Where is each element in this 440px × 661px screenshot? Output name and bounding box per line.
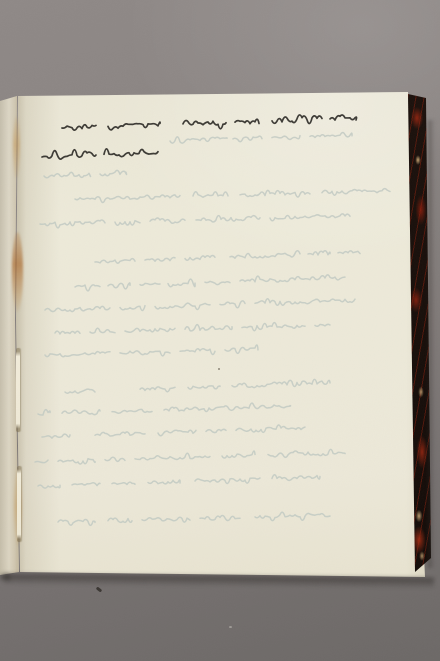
- faint-handwriting-stroke: [120, 306, 145, 311]
- faint-handwriting-stroke: [135, 453, 210, 460]
- faint-handwriting-stroke: [206, 429, 226, 432]
- faint-handwriting-stroke: [42, 434, 70, 438]
- faint-handwriting-stroke: [255, 512, 330, 520]
- faint-handwriting-stroke: [272, 475, 320, 481]
- faint-handwriting-stroke: [242, 323, 305, 331]
- faint-handwriting-stroke: [230, 251, 300, 258]
- faint-handwriting-stroke: [95, 432, 145, 436]
- faint-handwriting-stroke: [45, 352, 110, 357]
- faint-handwriting-stroke: [45, 306, 110, 311]
- faint-handwriting-stroke: [65, 389, 95, 393]
- faint-handwriting-stroke: [44, 172, 91, 177]
- faint-handwriting-stroke: [95, 259, 135, 264]
- faint-handwriting-stroke: [142, 517, 190, 522]
- dust-speck-light: [229, 626, 232, 628]
- ink-handwriting-stroke: [183, 121, 226, 129]
- faint-handwriting-stroke: [38, 410, 50, 415]
- ink-handwriting-stroke: [272, 115, 322, 124]
- ink-handwriting-stroke: [108, 122, 160, 130]
- faint-handwriting-stroke: [236, 425, 305, 432]
- faint-handwriting-stroke: [310, 133, 352, 138]
- faint-handwriting-stroke: [220, 301, 245, 308]
- faint-handwriting-stroke: [170, 137, 227, 143]
- faint-handwriting-stroke: [35, 460, 48, 463]
- faint-handwriting-stroke: [315, 324, 330, 326]
- faint-handwriting-stroke: [115, 221, 140, 226]
- faint-handwriting-stroke: [112, 482, 135, 484]
- faint-handwriting-stroke: [232, 379, 330, 387]
- faint-handwriting-stroke: [308, 251, 330, 255]
- faint-handwriting-stroke: [222, 451, 255, 458]
- faint-handwriting-stroke: [180, 349, 215, 355]
- faint-handwriting-stroke: [112, 409, 152, 413]
- faint-handwriting-stroke: [158, 430, 196, 436]
- faint-handwriting-stroke: [40, 220, 105, 228]
- faint-handwriting-stroke: [272, 136, 300, 140]
- faint-handwriting-stroke: [58, 520, 95, 526]
- ink-handwriting-stroke: [235, 119, 259, 123]
- faint-handwriting-stroke: [164, 403, 291, 411]
- faint-handwriting-stroke: [200, 516, 240, 521]
- faint-handwriting-stroke: [240, 275, 345, 282]
- faint-handwriting-stroke: [90, 328, 115, 333]
- faint-handwriting-stroke: [75, 195, 180, 203]
- faint-handwriting-stroke: [140, 387, 175, 392]
- ink-handwriting-stroke: [42, 150, 96, 159]
- faint-handwriting-stroke: [120, 351, 170, 356]
- faint-handwriting-stroke: [38, 485, 60, 488]
- faint-handwriting-stroke: [255, 299, 355, 305]
- page-left-corner-shadow: [0, 574, 10, 580]
- handwriting-layer: [0, 0, 440, 661]
- faint-handwriting-stroke: [105, 457, 125, 461]
- faint-handwriting-stroke: [108, 283, 130, 289]
- faint-handwriting-stroke: [55, 331, 80, 334]
- dust-speck-on-page: [218, 368, 220, 370]
- faint-handwriting-stroke: [205, 281, 230, 284]
- faint-handwriting-stroke: [193, 192, 228, 198]
- faint-handwriting-stroke: [62, 410, 100, 415]
- faint-handwriting-stroke: [75, 285, 100, 291]
- faint-handwriting-stroke: [185, 325, 232, 331]
- faint-handwriting-stroke: [125, 328, 175, 332]
- faint-handwriting-stroke: [233, 136, 262, 142]
- faint-handwriting-stroke: [188, 386, 220, 389]
- faint-handwriting-stroke: [338, 251, 360, 254]
- faint-handwriting-stroke: [72, 483, 100, 486]
- faint-handwriting-stroke: [100, 170, 127, 175]
- faint-handwriting-stroke: [196, 216, 260, 222]
- ink-handwriting-stroke: [62, 125, 96, 130]
- faint-handwriting-stroke: [268, 449, 345, 457]
- faint-handwriting-stroke: [108, 518, 132, 522]
- faint-handwriting-stroke: [185, 256, 215, 261]
- ink-handwriting-stroke: [104, 149, 158, 157]
- notebook-photo: [0, 0, 440, 661]
- ink-handwriting-stroke: [330, 115, 357, 120]
- faint-handwriting-stroke: [140, 283, 160, 285]
- faint-handwriting-stroke: [168, 279, 195, 287]
- faint-handwriting-stroke: [225, 345, 258, 353]
- faint-handwriting-stroke: [270, 214, 350, 221]
- faint-handwriting-stroke: [58, 459, 95, 464]
- faint-handwriting-stroke: [150, 218, 185, 223]
- faint-handwriting-stroke: [145, 257, 175, 261]
- faint-handwriting-stroke: [322, 189, 390, 196]
- faint-handwriting-stroke: [195, 478, 260, 483]
- faint-handwriting-stroke: [240, 190, 310, 197]
- faint-handwriting-stroke: [155, 303, 210, 309]
- faint-handwriting-stroke: [148, 480, 180, 484]
